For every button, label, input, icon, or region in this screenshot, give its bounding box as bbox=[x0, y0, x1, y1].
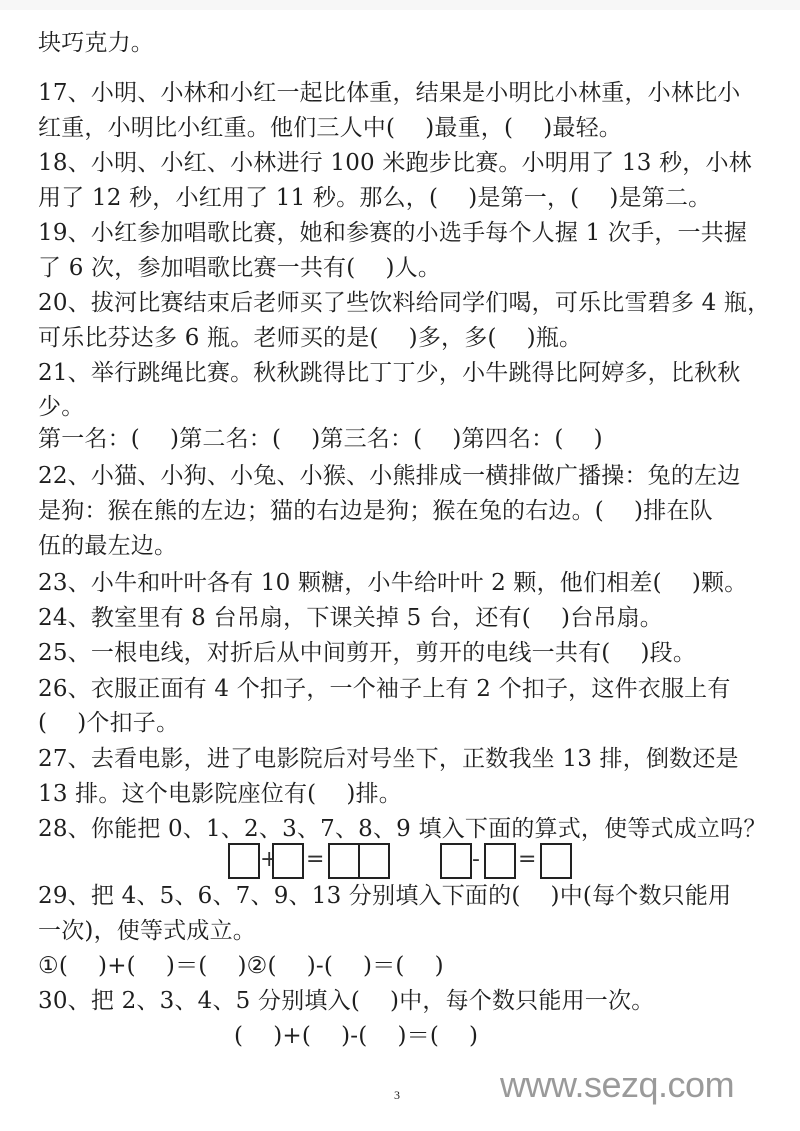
question-16-continuation: 块巧克力。 bbox=[38, 28, 154, 58]
question-28: 28、你能把 0、1、2、3、7、8、9 填入下面的算式，使等式成立吗？ bbox=[38, 814, 767, 844]
minus-sign: - bbox=[472, 845, 480, 875]
equals-sign: = bbox=[306, 845, 324, 875]
question-24: 24、教室里有 8 台吊扇，下课关掉 5 台，还有( )台吊扇。 bbox=[38, 603, 663, 633]
question-18-line-2: 用了 12 秒，小红用了 11 秒。那么，( )是第一，( )是第二。 bbox=[38, 183, 711, 213]
question-22-line-1: 22、小猫、小狗、小兔、小猴、小熊排成一横排做广播操：兔的左边 bbox=[38, 461, 740, 491]
top-edge-band bbox=[0, 0, 800, 10]
question-23: 23、小牛和叶叶各有 10 颗糖，小牛给叶叶 2 颗，他们相差( )颗。 bbox=[38, 568, 747, 598]
answer-box-7[interactable] bbox=[540, 843, 572, 879]
question-26-line-1: 26、衣服正面有 4 个扣子，一个袖子上有 2 个扣子，这件衣服上有 bbox=[38, 674, 731, 704]
question-19-line-1: 19、小红参加唱歌比赛，她和参赛的小选手每个人握 1 次手，一共握 bbox=[38, 218, 747, 248]
page-number: 3 bbox=[394, 1088, 400, 1103]
question-29-line-1: 29、把 4、5、6、7、9、13 分别填入下面的( )中(每个数只能用 bbox=[38, 881, 731, 911]
answer-box-1[interactable] bbox=[228, 843, 260, 879]
answer-box-2[interactable] bbox=[272, 843, 304, 879]
question-21-line-1: 21、举行跳绳比赛。秋秋跳得比丁丁少，小牛跳得比阿婷多，比秋秋 bbox=[38, 358, 740, 388]
question-21-line-2: 少。 bbox=[38, 392, 84, 422]
answer-box-3[interactable] bbox=[328, 843, 360, 879]
question-17-line-2: 红重，小明比小红重。他们三人中( )最重，( )最轻。 bbox=[38, 113, 622, 143]
question-21-rankings: 第一名：( )第二名：( )第三名：( )第四名：( ) bbox=[38, 424, 603, 454]
question-17-line-1: 17、小明、小林和小红一起比体重，结果是小明比小林重，小林比小 bbox=[38, 78, 740, 108]
answer-box-6[interactable] bbox=[484, 843, 516, 879]
question-20-line-1: 20、拔河比赛结束后老师买了些饮料给同学们喝，可乐比雪碧多 4 瓶， bbox=[38, 288, 770, 318]
watermark: www.sezq.com bbox=[500, 1064, 734, 1106]
question-20-line-2: 可乐比芬达多 6 瓶。老师买的是( )多，多( )瓶。 bbox=[38, 323, 582, 353]
answer-box-4[interactable] bbox=[358, 843, 390, 879]
question-29-line-2: 一次)，使等式成立。 bbox=[38, 916, 256, 946]
answer-box-5[interactable] bbox=[440, 843, 472, 879]
question-29-equations: ①( )+( )＝( )②( )-( )＝( ) bbox=[38, 951, 444, 981]
question-30-equation: ( )+( )-( )＝( ) bbox=[234, 1021, 478, 1051]
question-30-line-1: 30、把 2、3、4、5 分别填入( )中，每个数只能用一次。 bbox=[38, 986, 654, 1016]
question-18-line-1: 18、小明、小红、小林进行 100 米跑步比赛。小明用了 13 秒，小林 bbox=[38, 148, 752, 178]
question-22-line-3: 伍的最左边。 bbox=[38, 531, 177, 561]
question-25: 25、一根电线，对折后从中间剪开，剪开的电线一共有( )段。 bbox=[38, 638, 696, 668]
equals-sign-2: = bbox=[518, 845, 536, 875]
question-19-line-2: 了 6 次，参加唱歌比赛一共有( )人。 bbox=[38, 253, 441, 283]
question-27-line-1: 27、去看电影，进了电影院后对号坐下，正数我坐 13 排，倒数还是 bbox=[38, 744, 739, 774]
question-22-line-2: 是狗：猴在熊的左边；猫的右边是狗；猴在兔的右边。( )排在队 bbox=[38, 496, 713, 526]
question-27-line-2: 13 排。这个电影院座位有( )排。 bbox=[38, 779, 402, 809]
question-26-line-2: ( )个扣子。 bbox=[38, 708, 179, 738]
